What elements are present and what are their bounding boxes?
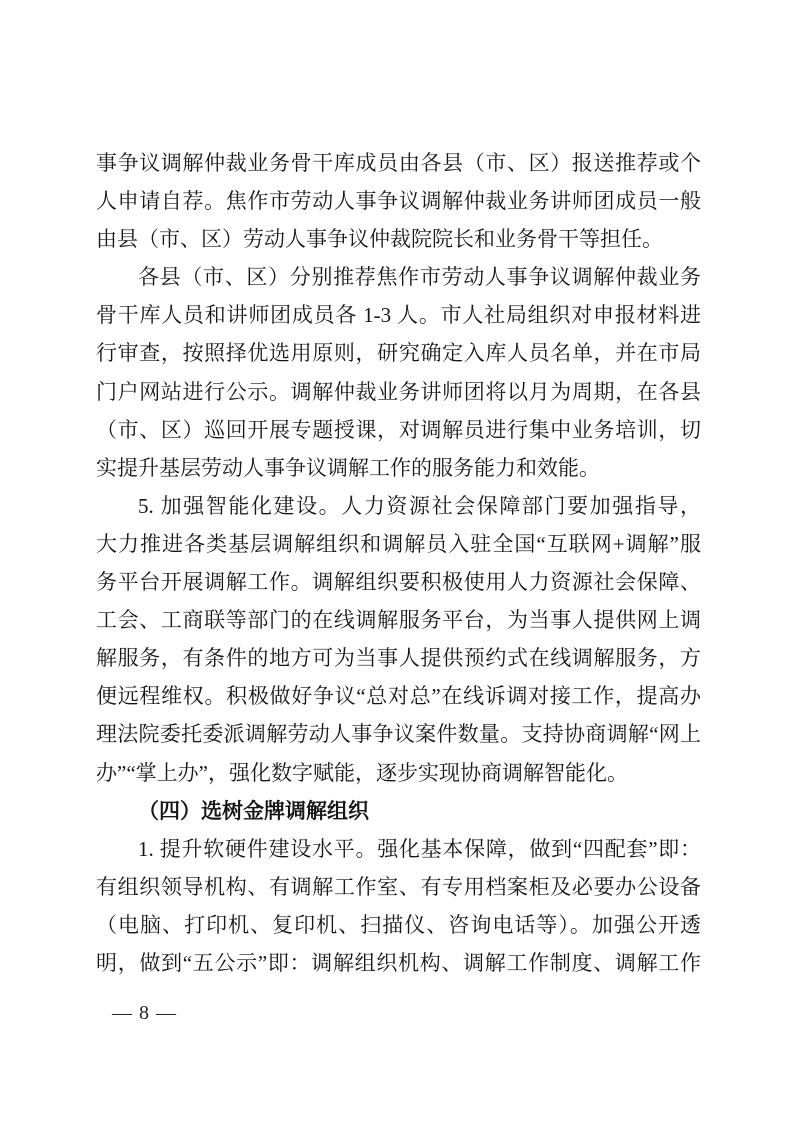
text-line: 理法院委托委派调解劳动人事争议案件数量。支持协商调解“网上 <box>96 715 701 753</box>
text-line: 解服务，有条件的地方可为当事人提供预约式在线调解服务，方 <box>96 639 701 677</box>
text-line: 明，做到“五公示”即：调解组织机构、调解工作制度、调解工作 <box>96 944 701 982</box>
text-line: 人申请自荐。焦作市劳动人事争议调解仲裁业务讲师团成员一般 <box>96 182 701 220</box>
text-line: （电脑、打印机、复印机、扫描仪、咨询电话等）。加强公开透 <box>96 906 701 944</box>
text-line: 便远程维权。积极做好争议“总对总”在线诉调对接工作，提高办 <box>96 677 701 715</box>
text-line: 5. 加强智能化建设。人力资源社会保障部门要加强指导， <box>96 487 701 525</box>
text-line: 有组织领导机构、有调解工作室、有专用档案柜及必要办公设备 <box>96 868 701 906</box>
document-page: 事争议调解仲裁业务骨干库成员由各县（市、区）报送推荐或个 人申请自荐。焦作市劳动… <box>0 0 793 1122</box>
text-line: （市、区）巡回开展专题授课，对调解员进行集中业务培训，切 <box>96 411 701 449</box>
text-line: 骨干库人员和讲师团成员各 1-3 人。市人社局组织对申报材料进 <box>96 296 701 334</box>
document-text-block: 事争议调解仲裁业务骨干库成员由各县（市、区）报送推荐或个 人申请自荐。焦作市劳动… <box>96 144 701 982</box>
text-line: 办”“掌上办”，强化数字赋能，逐步实现协商调解智能化。 <box>96 754 701 792</box>
text-line: 1. 提升软硬件建设水平。强化基本保障，做到“四配套”即： <box>96 830 701 868</box>
text-line: 事争议调解仲裁业务骨干库成员由各县（市、区）报送推荐或个 <box>96 144 701 182</box>
text-line: 行审查，按照择优选用原则，研究确定入库人员名单，并在市局 <box>96 334 701 372</box>
text-line: 门户网站进行公示。调解仲裁业务讲师团将以月为周期，在各县 <box>96 373 701 411</box>
text-line: 实提升基层劳动人事争议调解工作的服务能力和效能。 <box>96 449 701 487</box>
text-line: 工会、工商联等部门的在线调解服务平台，为当事人提供网上调 <box>96 601 701 639</box>
text-line: 务平台开展调解工作。调解组织要积极使用人力资源社会保障、 <box>96 563 701 601</box>
text-line: 大力推进各类基层调解组织和调解员入驻全国“互联网+调解”服 <box>96 525 701 563</box>
text-line: 各县（市、区）分别推荐焦作市劳动人事争议调解仲裁业务 <box>96 258 701 296</box>
text-line: 由县（市、区）劳动人事争议仲裁院院长和业务骨干等担任。 <box>96 220 701 258</box>
page-number: — 8 — <box>112 1000 177 1026</box>
section-heading: （四）选树金牌调解组织 <box>96 792 701 830</box>
